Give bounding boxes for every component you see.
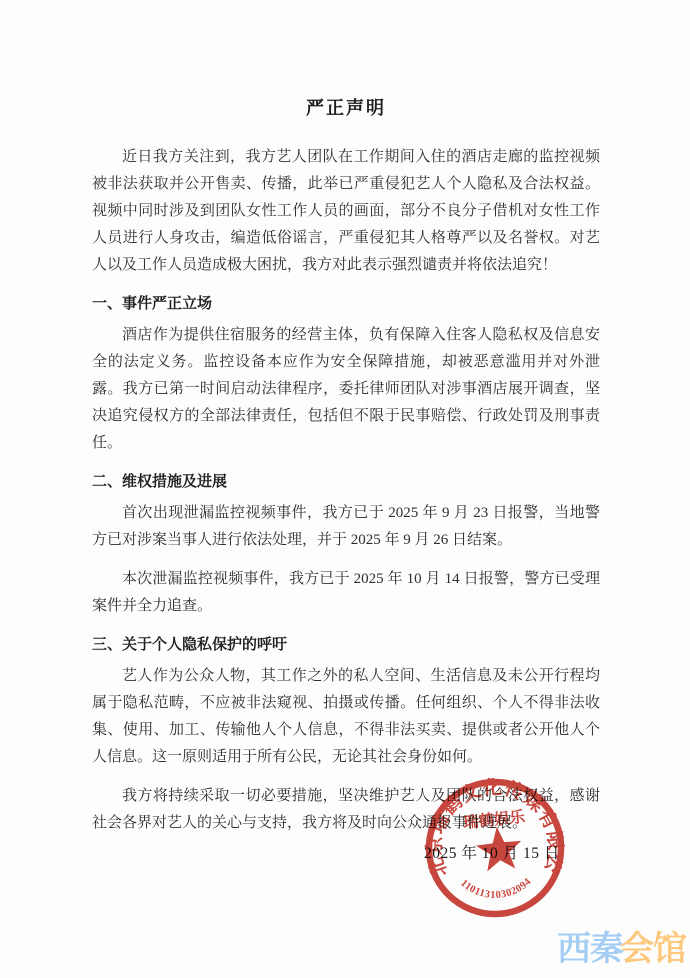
section-1-paragraph: 酒店作为提供住宿服务的经营主体，负有保障入住客人隐私权及信息安全的法定义务。监控… [92, 322, 600, 457]
section-3-paragraph: 艺人作为公众人物，其工作之外的私人空间、生活信息及未公开行程均属于隐私范畴，不应… [92, 663, 600, 771]
seal-inner-text: 瑞鹤娱乐 [462, 807, 526, 832]
document-body: 严正声明 近日我方关注到，我方艺人团队在工作期间入住的酒店走廊的监控视频被非法获… [92, 94, 600, 849]
svg-text:北京瑞鹤文化传媒有限公司: 北京瑞鹤文化传媒有限公司 [420, 775, 569, 891]
scanned-statement-document: 严正声明 近日我方关注到，我方艺人团队在工作期间入住的酒店走廊的监控视频被非法获… [0, 0, 690, 978]
section-3-heading: 三、关于个人隐私保护的呼吁 [92, 632, 600, 659]
svg-text:11011310302094: 11011310302094 [457, 871, 535, 905]
seal-ring-text: 北京瑞鹤文化传媒有限公司 [420, 775, 569, 891]
seal-serial-number: 11011310302094 [457, 871, 535, 905]
page-title: 严正声明 [92, 94, 600, 120]
watermark-text-left: 西秦 [557, 930, 623, 968]
seal-star-icon [474, 824, 524, 872]
section-2-paragraph-2: 本次泄漏监控视频事件，我方已于 2025 年 10 月 14 日报警，警方已受理… [92, 566, 600, 620]
section-1-heading: 一、事件严正立场 [92, 291, 600, 318]
company-seal-stamp: 北京瑞鹤文化传媒有限公司 瑞鹤娱乐 11011310302094 [420, 775, 570, 925]
section-2-paragraph-1: 首次出现泄漏监控视频事件，我方已于 2025 年 9 月 23 日报警，当地警方… [92, 500, 600, 554]
site-watermark: 西秦会馆 [557, 921, 686, 970]
watermark-text-right: 会馆 [620, 930, 686, 968]
intro-paragraph: 近日我方关注到，我方艺人团队在工作期间入住的酒店走廊的监控视频被非法获取并公开售… [92, 144, 600, 279]
section-2-heading: 二、维权措施及进展 [92, 469, 600, 496]
